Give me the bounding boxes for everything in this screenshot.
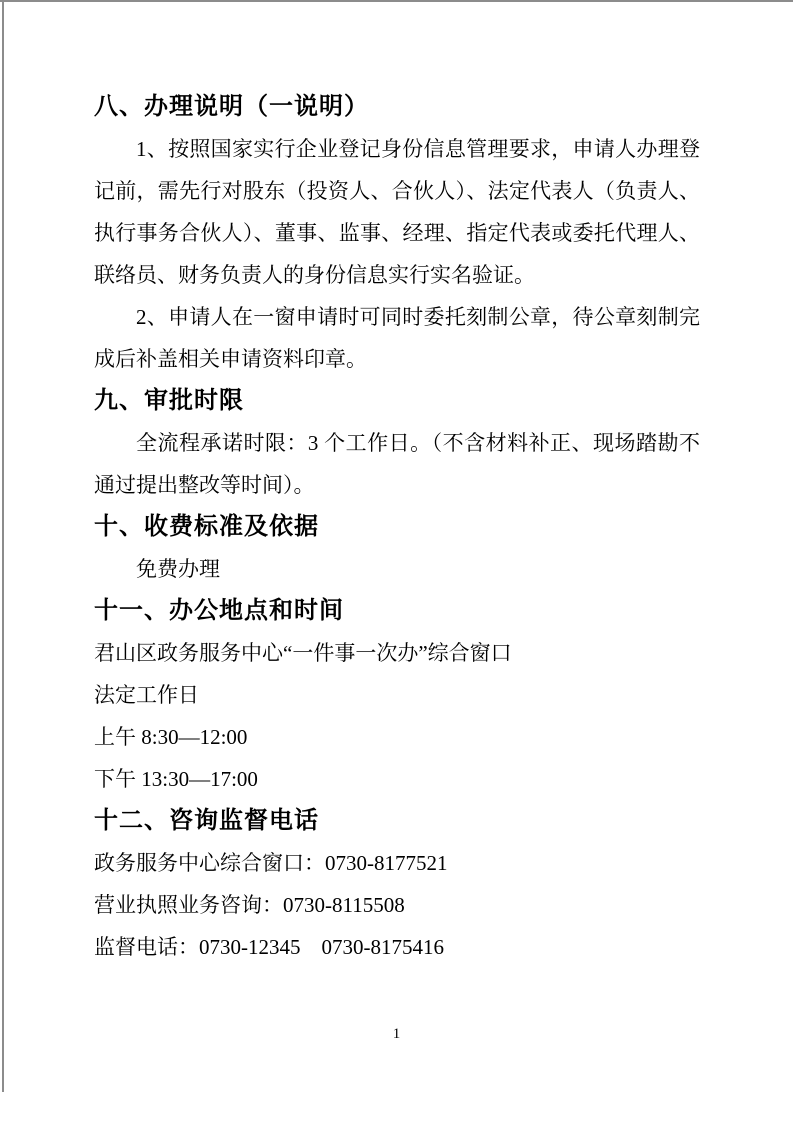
document-content: 八、办理说明（一说明）1、按照国家实行企业登记身份信息管理要求，申请人办理登记前… — [94, 86, 700, 968]
page-number: 1 — [0, 1024, 793, 1044]
body-paragraph: 君山区政务服务中心“一件事一次办”综合窗口 — [94, 632, 700, 674]
section-heading: 八、办理说明（一说明） — [94, 86, 700, 128]
body-paragraph: 监督电话：0730-12345 0730-8175416 — [94, 926, 700, 968]
body-paragraph: 下午 13:30—17:00 — [94, 758, 700, 800]
body-paragraph: 全流程承诺时限：3 个工作日。（不含材料补正、现场踏勘不通过提出整改等时间）。 — [94, 422, 700, 506]
scan-edge-top-line — [0, 0, 793, 2]
body-paragraph: 2、申请人在一窗申请时可同时委托刻制公章，待公章刻制完成后补盖相关申请资料印章。 — [94, 296, 700, 380]
body-paragraph: 政务服务中心综合窗口：0730-8177521 — [94, 842, 700, 884]
body-paragraph: 营业执照业务咨询：0730-8115508 — [94, 884, 700, 926]
section-heading: 十一、办公地点和时间 — [94, 590, 700, 632]
scan-edge-left-line — [2, 0, 4, 1092]
body-paragraph: 免费办理 — [94, 548, 700, 590]
body-paragraph: 1、按照国家实行企业登记身份信息管理要求，申请人办理登记前，需先行对股东（投资人… — [94, 128, 700, 296]
body-paragraph: 上午 8:30—12:00 — [94, 716, 700, 758]
document-page: 八、办理说明（一说明）1、按照国家实行企业登记身份信息管理要求，申请人办理登记前… — [0, 0, 793, 1122]
section-heading: 十二、咨询监督电话 — [94, 800, 700, 842]
body-paragraph: 法定工作日 — [94, 674, 700, 716]
section-heading: 十、收费标准及依据 — [94, 506, 700, 548]
section-heading: 九、审批时限 — [94, 380, 700, 422]
